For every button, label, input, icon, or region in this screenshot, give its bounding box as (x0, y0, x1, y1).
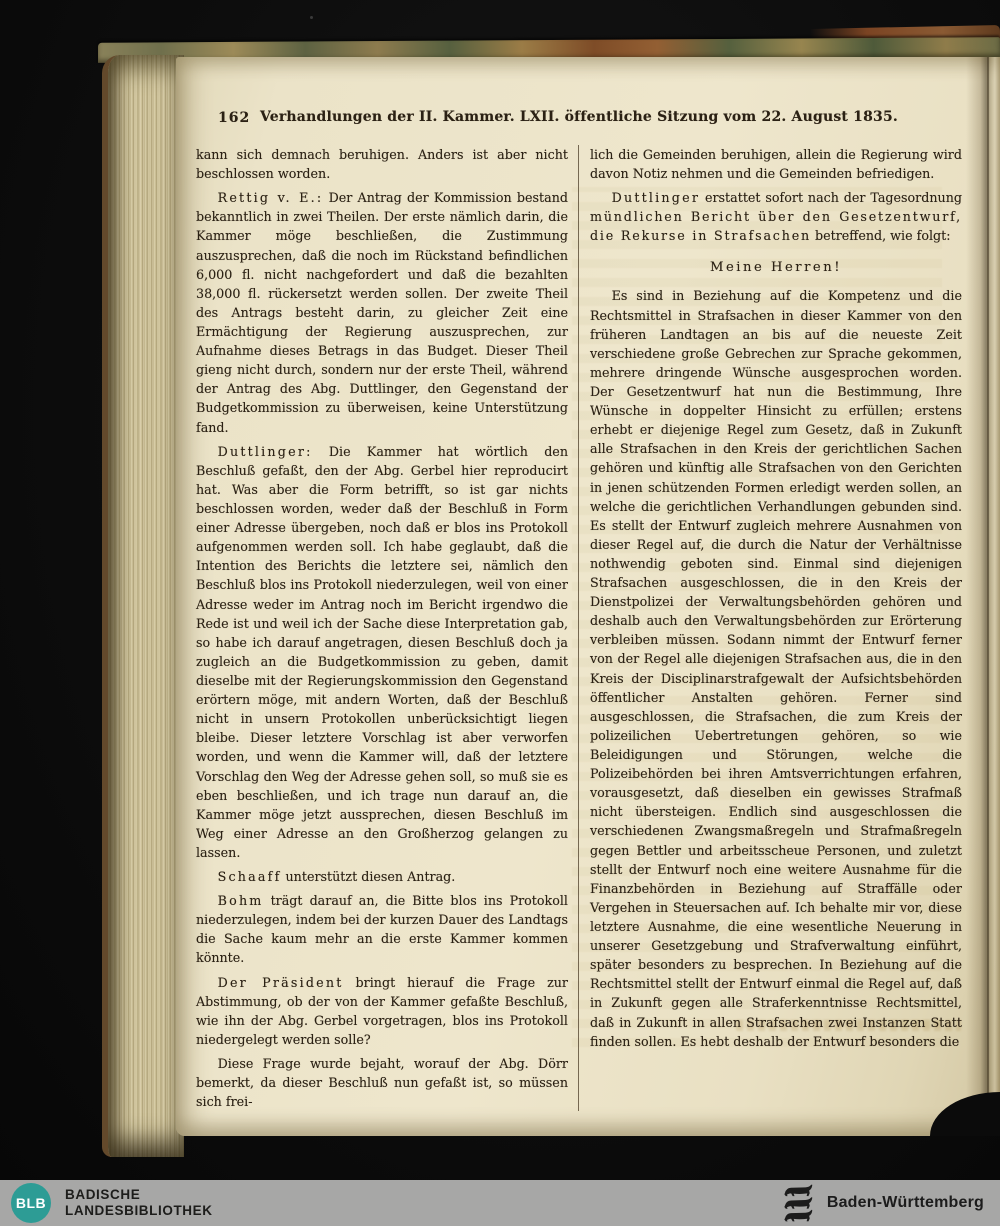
right-column: lich die Gemeinden beruhigen, allein die… (579, 145, 962, 1111)
viewer-footer-bar: BLB BADISCHE LANDESBIBLIOTHEK Baden-Würt… (0, 1180, 1000, 1226)
paragraph-text: Es sind in Beziehung auf die Kompetenz u… (590, 288, 962, 1048)
paragraph-text: Diese Frage wurde bejaht, worauf der Abg… (196, 1056, 568, 1109)
paragraph-text: erstattet sofort nach der Tagesordnung (700, 190, 962, 205)
text-columns: kann sich demnach beruhigen. Anders ist … (196, 145, 962, 1111)
digitized-book-viewer: { "colors": { "footer_bar": "#a7a7a6", "… (0, 0, 1000, 1226)
baden-wuerttemberg-coat-of-arms-icon (783, 1184, 817, 1222)
ocr-paragraph: Diese Frage wurde bejaht, worauf der Abg… (196, 1054, 568, 1111)
paragraph-text: Der Antrag der Kommission bestand bekann… (196, 190, 568, 434)
speaker-name: Bohm (218, 893, 264, 908)
paragraph-text: kann sich demnach beruhigen. Anders ist … (196, 147, 568, 181)
library-name-line2: LANDESBIBLIOTHEK (65, 1203, 213, 1219)
paragraph-text: unterstützt diesen Antrag. (281, 869, 455, 884)
state-logo-link[interactable]: Baden-Württemberg (783, 1184, 984, 1222)
paragraph-text: Meine Herren! (710, 260, 842, 275)
library-name: BADISCHE LANDESBIBLIOTHEK (65, 1187, 213, 1219)
ocr-paragraph: lich die Gemeinden beruhigen, allein die… (590, 145, 962, 183)
speaker-name: Duttlinger (612, 190, 701, 205)
paragraph-text: Die Kammer hat wörtlich den Beschluß gef… (196, 444, 568, 860)
library-link[interactable]: BLB BADISCHE LANDESBIBLIOTHEK (0, 1183, 213, 1223)
scan-viewport[interactable]: 162 Verhandlungen der II. Kammer. LXII. … (0, 0, 1000, 1180)
speaker-name: Rettig v. E.: (218, 190, 324, 205)
ocr-paragraph: Rettig v. E.: Der Antrag der Kommission … (196, 188, 568, 436)
blb-logo: BLB (11, 1183, 51, 1223)
ocr-paragraph: Bohm trägt darauf an, die Bitte blos ins… (196, 891, 568, 967)
ocr-paragraph: kann sich demnach beruhigen. Anders ist … (196, 145, 568, 183)
ocr-paragraph: Meine Herren! (590, 258, 962, 278)
speaker-name: Der Präsident (218, 975, 344, 990)
book-fore-edge-pages (102, 55, 184, 1157)
page-header: 162 Verhandlungen der II. Kammer. LXII. … (196, 109, 962, 131)
book-page: 162 Verhandlungen der II. Kammer. LXII. … (176, 57, 1000, 1136)
left-column: kann sich demnach beruhigen. Anders ist … (196, 145, 579, 1111)
page-content: 162 Verhandlungen der II. Kammer. LXII. … (196, 57, 962, 1136)
state-logo-text: Baden-Württemberg (827, 1194, 984, 1212)
speaker-name: Schaaff (218, 869, 282, 884)
dust-speck (310, 16, 313, 19)
speaker-name: Duttlinger: (218, 444, 313, 459)
paragraph-text: lich die Gemeinden beruhigen, allein die… (590, 147, 962, 181)
page-gutter-shadow (966, 57, 1000, 1136)
paragraph-text-tail: betreffend, wie folgt: (811, 228, 951, 243)
ocr-paragraph: Duttlinger erstattet sofort nach der Tag… (590, 188, 962, 245)
ocr-paragraph: Der Präsident bringt hierauf die Frage z… (196, 973, 568, 1049)
ocr-paragraph: Duttlinger: Die Kammer hat wörtlich den … (196, 442, 568, 862)
ocr-paragraph: Schaaff unterstützt diesen Antrag. (196, 867, 568, 886)
library-name-line1: BADISCHE (65, 1187, 213, 1203)
running-title: Verhandlungen der II. Kammer. LXII. öffe… (196, 109, 962, 125)
page-number: 162 (218, 110, 250, 126)
ocr-paragraph: Es sind in Beziehung auf die Kompetenz u… (590, 286, 962, 1050)
